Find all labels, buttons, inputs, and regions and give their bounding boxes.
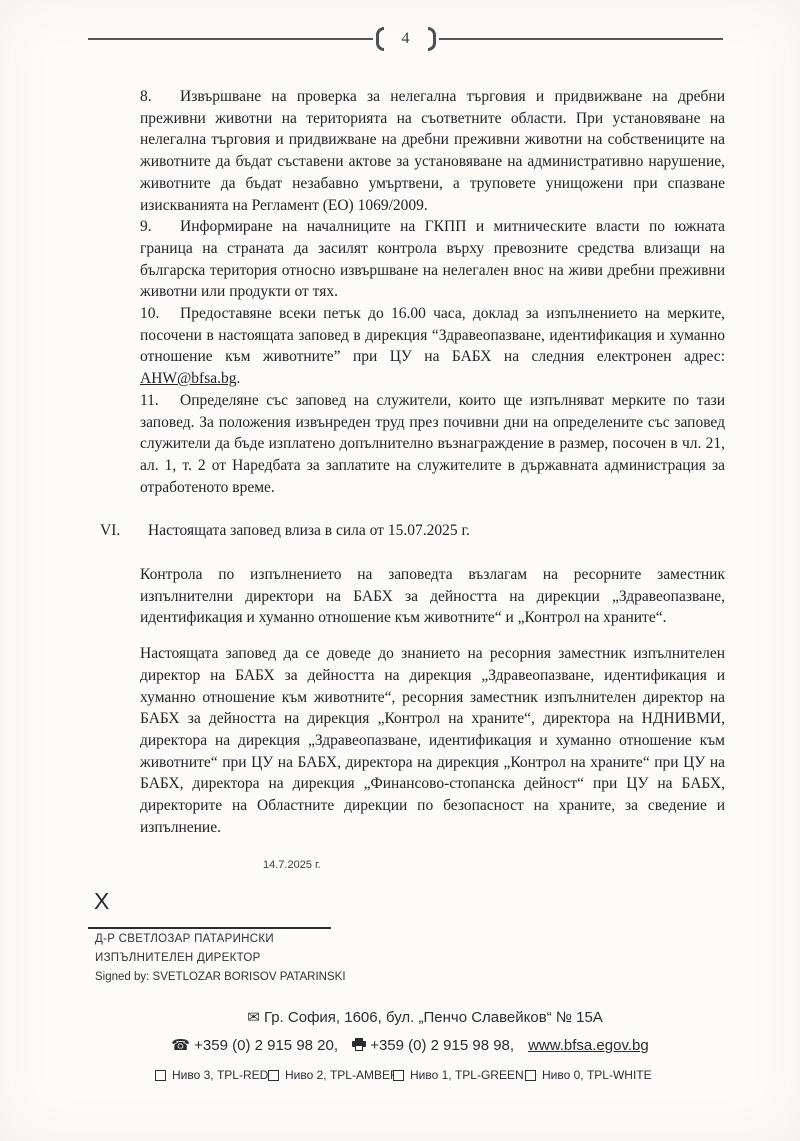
item-number: 9. <box>140 216 180 238</box>
page-header: 4 <box>88 24 723 54</box>
paragraph-distribution: Настоящата заповед да се доведе до знани… <box>140 643 725 838</box>
ordered-item-8: 8.Извършване на проверка за нелегална тъ… <box>140 86 725 216</box>
signatory-name: Д-Р СВЕТЛОЗАР ПАТАРИНСКИ <box>95 933 274 945</box>
section-text: Настоящата заповед влиза в сила от 15.07… <box>148 522 470 539</box>
paragraph-control: Контрола по изпълнението на заповедта въ… <box>140 564 725 629</box>
item-text: Информиране на началниците на ГКПП и мит… <box>140 218 725 300</box>
footer-address-line: ✉ Гр. София, 1606, бул. „Пенчо Славейков… <box>50 1008 800 1026</box>
item-text: Определяне със заповед на служители, кои… <box>140 392 725 496</box>
checkbox-icon[interactable] <box>393 1070 404 1081</box>
digital-signature-note: Signed by: SVETLOZAR BORISOV PATARINSKI <box>95 971 346 983</box>
item-number: 8. <box>140 86 180 108</box>
footer-contacts-line: ☎ +359 (0) 2 915 98 20, +359 (0) 2 915 9… <box>20 1036 800 1054</box>
classification-label: Ниво 1, TPL-GREEN <box>410 1068 524 1082</box>
item-number: 10. <box>140 303 180 325</box>
checkbox-icon[interactable] <box>525 1070 536 1081</box>
item-text: Предоставяне всеки петък до 16.00 часа, … <box>140 305 725 365</box>
fax-printer-icon <box>352 1038 366 1051</box>
classification-label: Ниво 3, TPL-RED <box>172 1068 268 1082</box>
item-number: 11. <box>140 390 180 412</box>
header-rule-right <box>439 38 724 40</box>
document-body: 8.Извършване на проверка за нелегална тъ… <box>140 86 725 839</box>
item-text-end: . <box>237 370 241 387</box>
classification-option-white: Ниво 0, TPL-WHITE <box>525 1068 652 1082</box>
scanned-document-page: 4 8.Извършване на проверка за нелегална … <box>0 0 800 1141</box>
classification-label: Ниво 0, TPL-WHITE <box>542 1068 652 1082</box>
ordered-item-9: 9.Информиране на началниците на ГКПП и м… <box>140 216 725 303</box>
section-vi: VI.Настоящата заповед влиза в сила от 15… <box>100 520 725 542</box>
page-number: 4 <box>402 30 410 48</box>
section-number: VI. <box>100 520 148 542</box>
classification-option-amber: Ниво 2, TPL-AMBER <box>268 1068 399 1082</box>
ordered-item-10: 10.Предоставяне всеки петък до 16.00 час… <box>140 303 725 390</box>
ordered-item-11: 11.Определяне със заповед на служители, … <box>140 390 725 499</box>
signature-date: 14.7.2025 г. <box>263 859 321 871</box>
email-link[interactable]: AHW@bfsa.bg <box>140 370 237 387</box>
footer-address: Гр. София, 1606, бул. „Пенчо Славейков“ … <box>264 1009 603 1026</box>
page-number-bracket-right-icon <box>428 27 436 51</box>
checkbox-icon[interactable] <box>268 1070 279 1081</box>
signatory-title: ИЗПЪЛНИТЕЛЕН ДИРЕКТОР <box>95 952 261 964</box>
item-text: Извършване на проверка за нелегална търг… <box>140 88 725 214</box>
classification-option-red: Ниво 3, TPL-RED <box>155 1068 268 1082</box>
signature-x-mark: X <box>94 888 109 915</box>
website-link[interactable]: www.bfsa.egov.bg <box>528 1037 649 1054</box>
page-number-bracket-left-icon <box>376 27 384 51</box>
envelope-icon: ✉ <box>247 1008 260 1026</box>
classification-option-green: Ниво 1, TPL-GREEN <box>393 1068 524 1082</box>
checkbox-icon[interactable] <box>155 1070 166 1081</box>
footer-phone: +359 (0) 2 915 98 20, <box>194 1037 338 1054</box>
phone-icon: ☎ <box>171 1036 190 1054</box>
signature-line <box>88 927 331 929</box>
header-rule-left <box>88 38 373 40</box>
footer-fax: +359 (0) 2 915 98 98, <box>370 1037 514 1054</box>
classification-label: Ниво 2, TPL-AMBER <box>285 1068 399 1082</box>
